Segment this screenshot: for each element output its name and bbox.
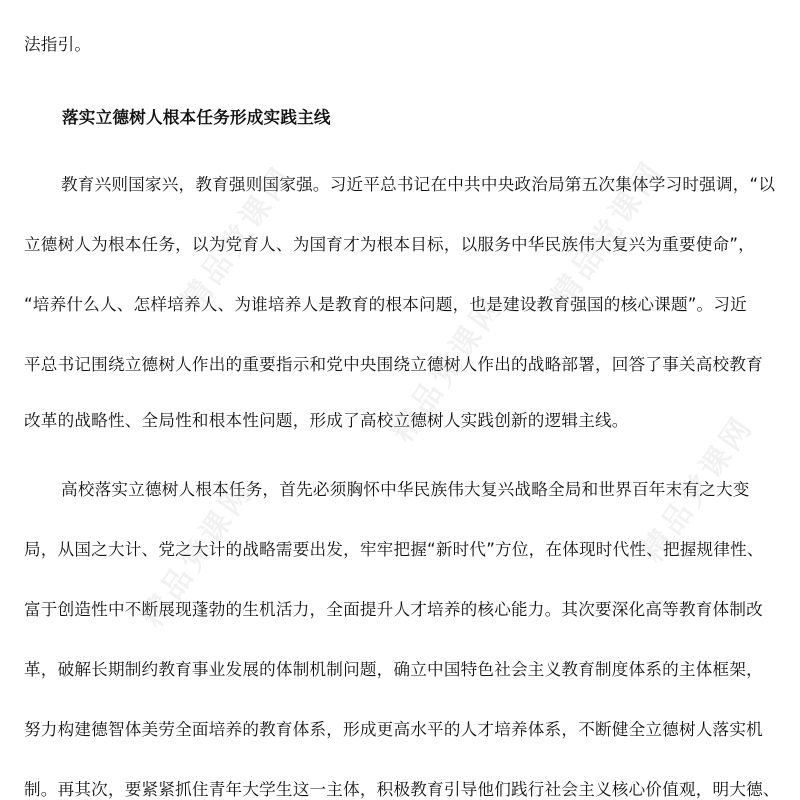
paragraph-1-line-5: 改革的战略性、全局性和根本性问题，形成了高校立德树人实践创新的逻辑主线。: [24, 409, 629, 433]
section-heading: 落实立德树人根本任务形成实践主线: [62, 106, 331, 130]
paragraph-2-line-1: 高校落实立德树人根本任务，首先必须胸怀中华民族伟大复兴战略全局和世界百年末有之大…: [61, 478, 750, 502]
paragraph-2-line-6: 制。再其次，要紧紧抓住青年大学生这一主体，积极教育引导他们践行社会主义核心价值观…: [24, 778, 780, 800]
paragraph-1-line-4: 平总书记围绕立德树人作出的重要指示和党中央围绕立德树人作出的战略部署，回答了事关…: [24, 353, 763, 377]
paragraph-1-line-3: “培养什么人、怎样培养人、为谁培养人是教育的根本问题，也是建设教育强国的核心课题…: [24, 293, 747, 317]
paragraph-2-line-3: 富于创造性中不断展现蓬勃的生机活力，全面提升人才培养的核心能力。其次要深化高等教…: [24, 598, 763, 622]
paragraph-1-line-2: 立德树人为根本任务，以为党育人、为国育才为根本目标，以服务中华民族伟大复兴为重要…: [24, 233, 755, 257]
paragraph-2-line-5: 努力构建德智体美劳全面培养的教育体系，形成更高水平的人才培养体系，不断健全立德树…: [24, 718, 763, 742]
paragraph-1-line-1: 教育兴则国家兴，教育强则国家强。习近平总书记在中共中央政治局第五次集体学习时强调…: [61, 173, 775, 197]
paragraph-2-line-4: 革，破解长期制约教育事业发展的体制机制问题，确立中国特色社会主义教育制度体系的主…: [24, 658, 763, 682]
continuation-line: 法指引。: [24, 33, 91, 57]
paragraph-2-line-2: 局，从国之大计、党之大计的战略需要出发，牢牢把握“新时代”方位，在体现时代性、把…: [24, 538, 764, 562]
